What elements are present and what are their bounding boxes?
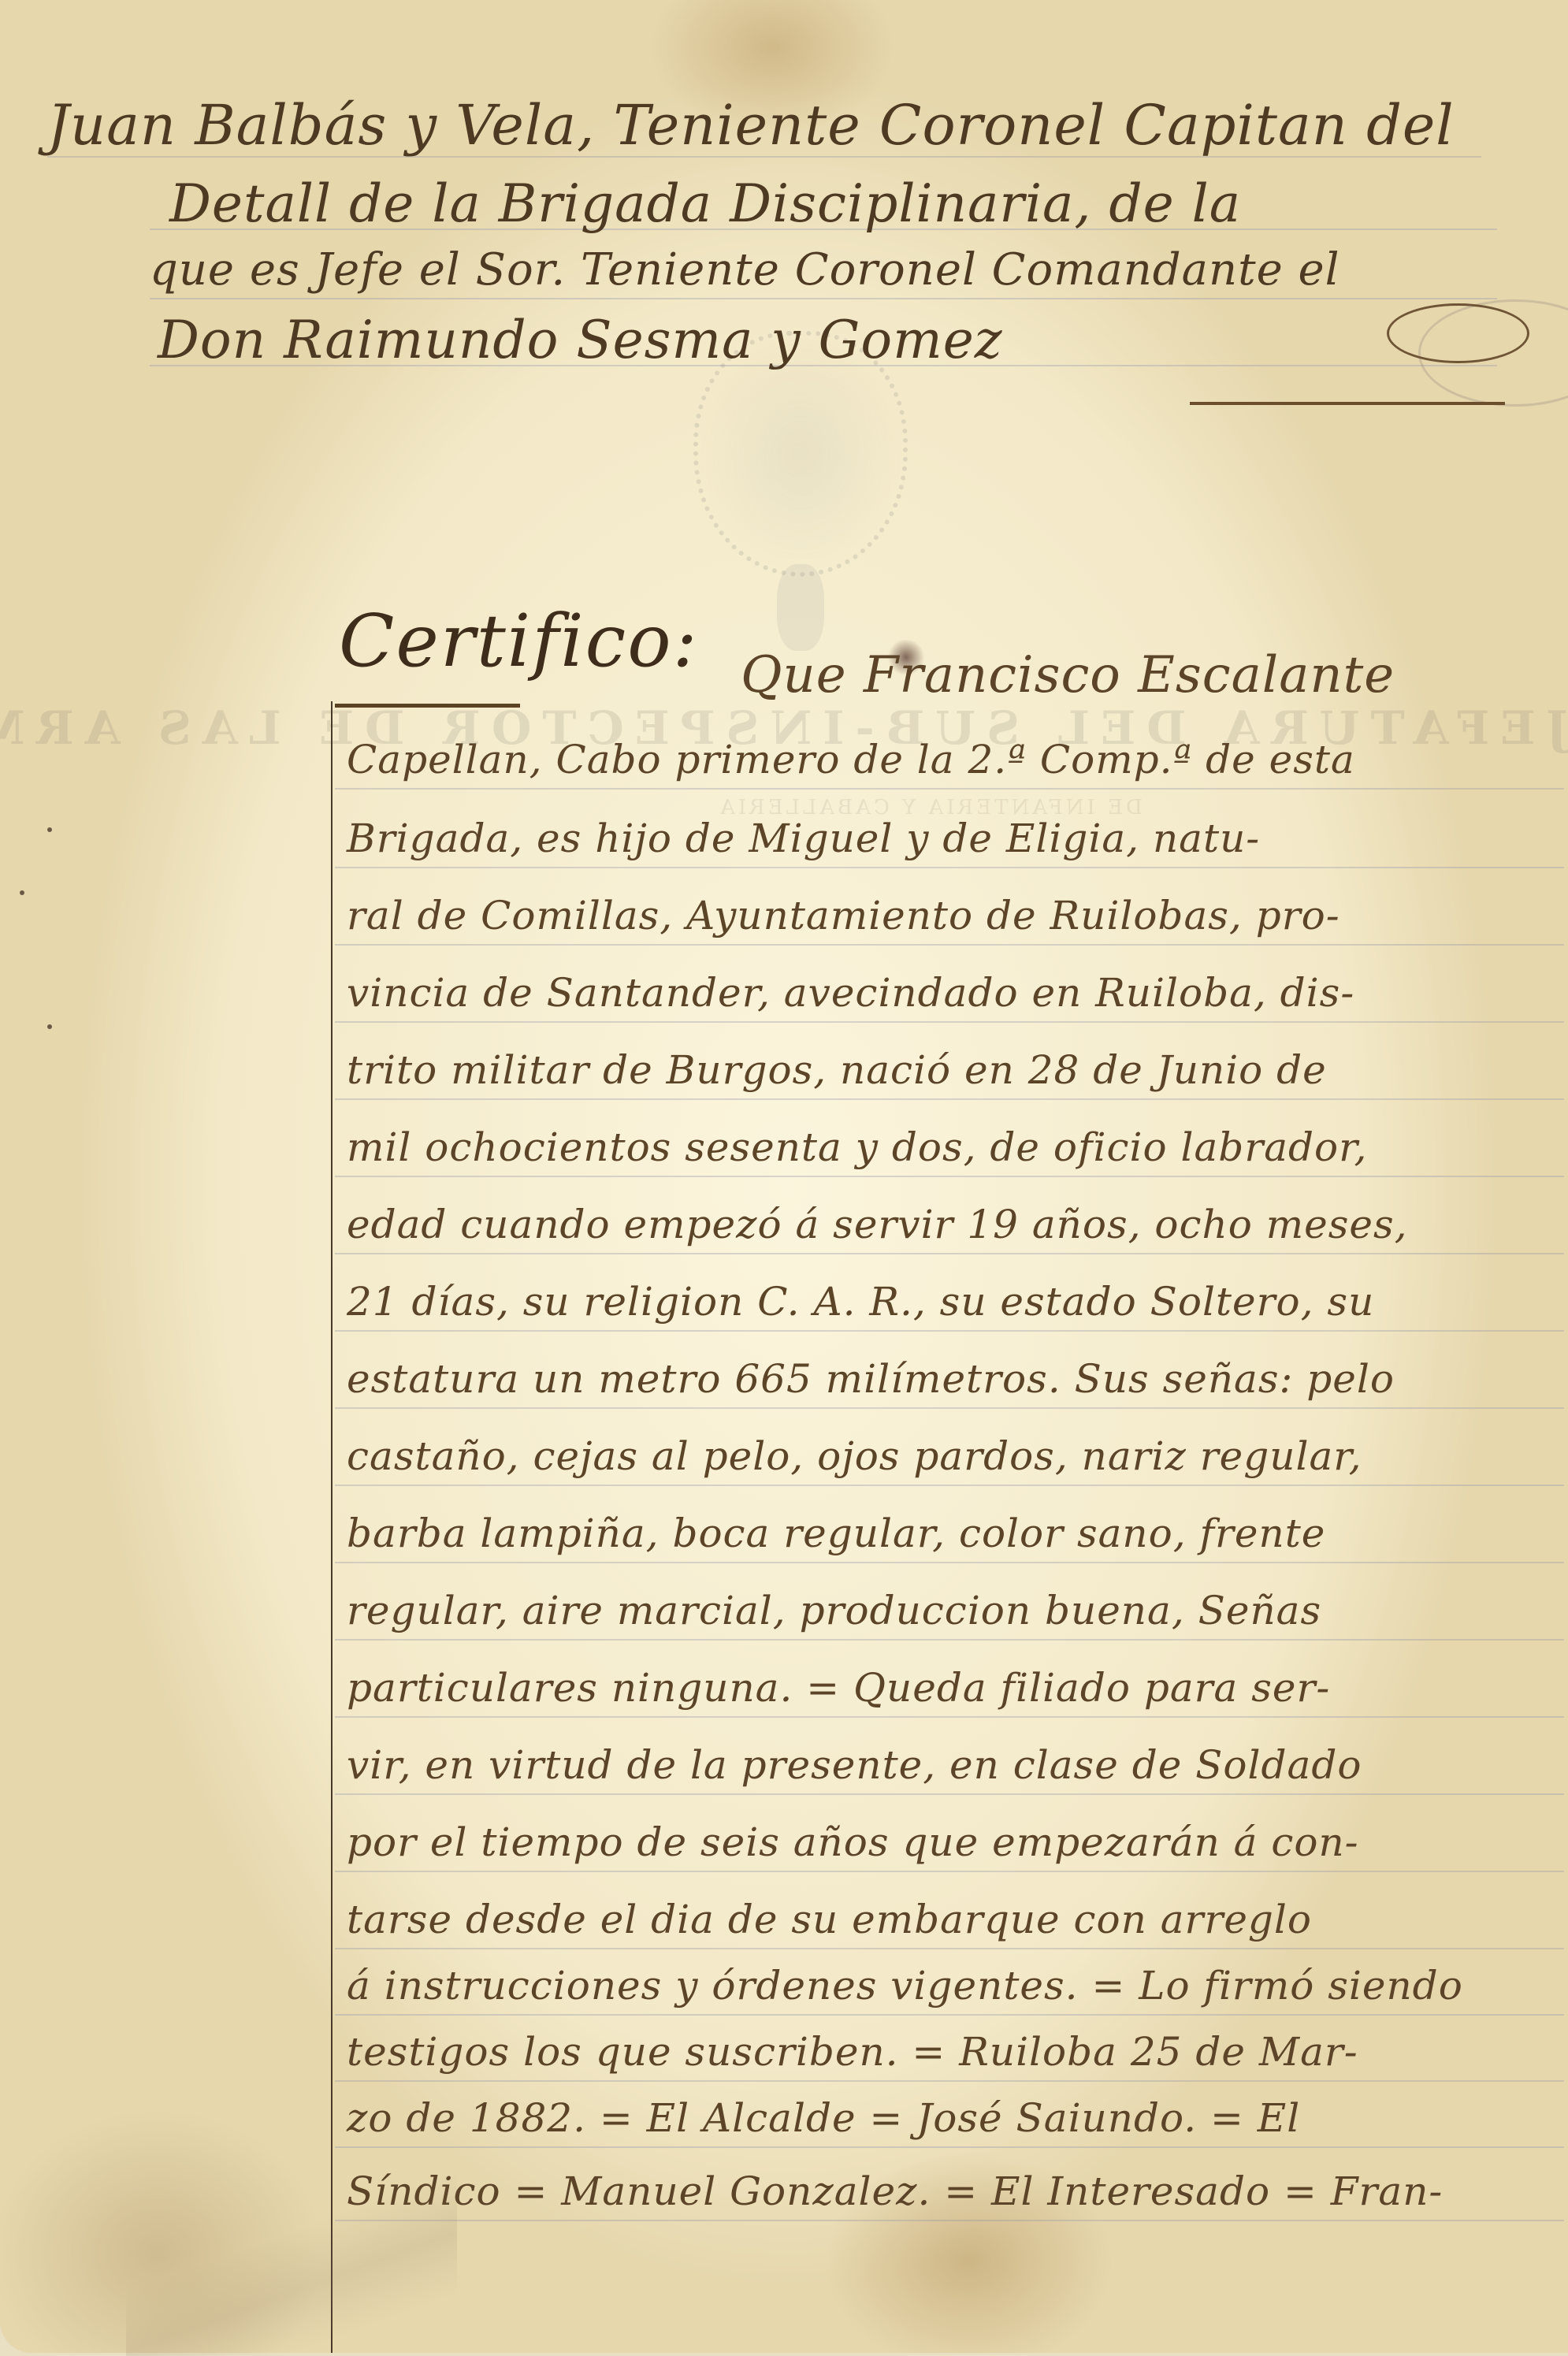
cert-line: regular, aire marcial, produccion buena,… [347,1588,1321,1633]
cert-line: particulares ninguna. = Queda filiado pa… [347,1665,1330,1711]
paper-crease [126,2167,457,2353]
paper-spot [47,827,52,832]
paper-spot [20,890,24,895]
paper-spot [47,1024,52,1029]
ruled-line [335,1716,1564,1718]
ruled-line [150,298,1497,299]
header-line-1: Juan Balbás y Vela, Teniente Coronel Cap… [47,93,1455,158]
cert-line: mil ochocientos sesenta y dos, de oficio… [347,1124,1367,1170]
ruled-line [335,788,1564,790]
cert-line: Capellan, Cabo primero de la 2.ª Comp.ª … [347,737,1355,782]
ruled-line [335,1330,1564,1332]
cert-line: estatura un metro 665 milímetros. Sus se… [347,1356,1395,1402]
document-page: JEFATURA DEL SUB-INSPECTOR DE LAS ARMAS … [0,0,1568,2353]
ruled-line [335,867,1564,868]
cert-line: zo de 1882. = El Alcalde = José Saiundo.… [347,2095,1300,2141]
ruled-line [335,2220,1564,2221]
header-line-3: que es Jefe el Sor. Teniente Coronel Com… [150,244,1340,295]
ruled-line [335,1098,1564,1100]
ruled-line [335,1407,1564,1409]
cert-line: vir, en virtud de la presente, en clase … [347,1742,1362,1788]
ruled-line [335,1793,1564,1795]
cert-line: Que Francisco Escalante [741,646,1395,704]
cert-line: Síndico = Manuel Gonzalez. = El Interesa… [347,2168,1443,2214]
ruled-line [335,1176,1564,1177]
cert-line: 21 días, su religion C. A. R., su estado… [347,1279,1374,1325]
ruled-line [335,1021,1564,1023]
ruled-line [335,1871,1564,1872]
ruled-line [335,1485,1564,1486]
ruled-line [335,1253,1564,1254]
cert-line: edad cuando empezó á servir 19 años, och… [347,1202,1408,1247]
ruled-line [335,944,1564,946]
cert-line: Brigada, es hijo de Miguel y de Eligia, … [347,816,1260,861]
ruled-line [335,2146,1564,2148]
cert-line: ral de Comillas, Ayuntamiento de Ruiloba… [347,893,1340,938]
header-line-4: Don Raimundo Sesma y Gomez [158,310,1003,370]
cert-line: tarse desde el dia de su embarque con ar… [347,1897,1312,1942]
cert-line: trito militar de Burgos, nació en 28 de … [347,1047,1327,1093]
header-line-2: Detall de la Brigada Disciplinaria, de l… [169,173,1241,234]
oval-flourish-icon [1387,303,1529,363]
margin-rule [331,701,333,2353]
cert-line: castaño, cejas al pelo, ojos pardos, nar… [347,1433,1362,1479]
cert-line: barba lampiña, boca regular, color sano,… [347,1511,1325,1556]
ruled-line [335,2014,1564,2016]
cert-line: á instrucciones y órdenes vigentes. = Lo… [347,1963,1463,2009]
ruled-line [335,2080,1564,2082]
signature-dash [1190,402,1505,405]
ruled-line [335,1639,1564,1641]
cert-line: por el tiempo de seis años que empezarán… [347,1819,1359,1865]
heading-underline [335,704,520,708]
ruled-line [335,1948,1564,1949]
ruled-line [335,1562,1564,1563]
cert-line: vincia de Santander, avecindado en Ruilo… [347,970,1354,1016]
certifico-heading: Certifico: [339,599,699,683]
cert-line: testigos los que suscriben. = Ruiloba 25… [347,2029,1358,2075]
